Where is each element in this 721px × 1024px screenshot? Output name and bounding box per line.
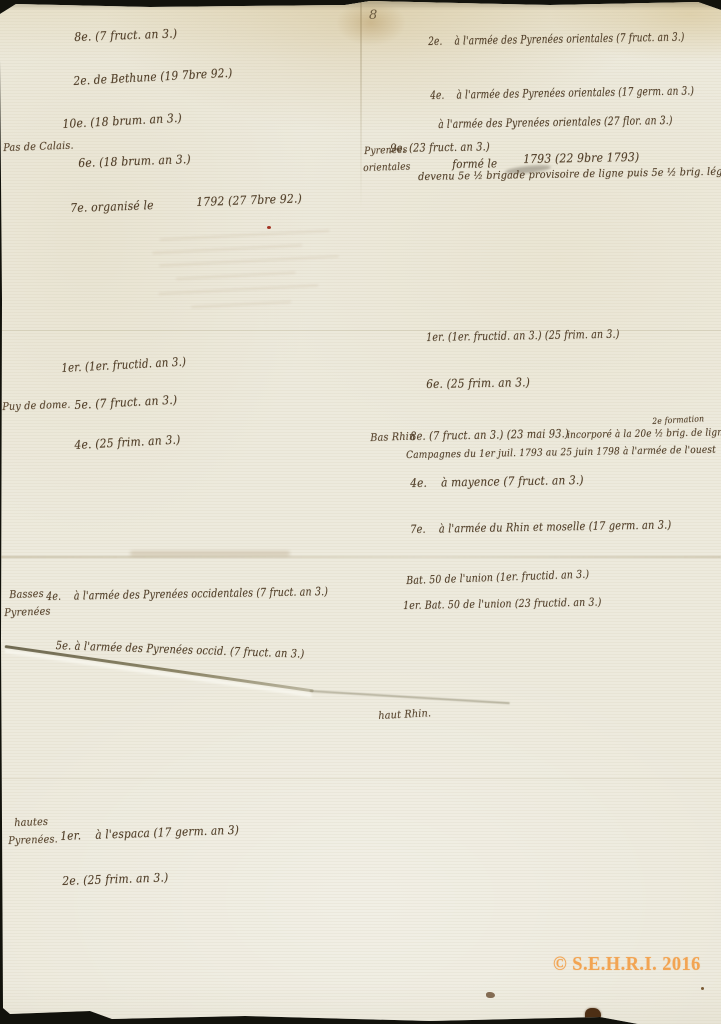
tiny-dot — [701, 987, 704, 990]
page-number: 8 — [369, 8, 377, 23]
manuscript-line: 4e. à l'armée des Pyrenées orientales (1… — [430, 83, 694, 102]
manuscript-line: 1792 (27 7bre 92.) — [196, 191, 302, 209]
margin-label-basses: Basses — [9, 588, 44, 601]
manuscript-line: 8e. (7 fruct. an 3.) (23 mai 93.) — [410, 426, 569, 443]
manuscript-line: Campagnes du 1er juil. 1793 au 25 juin 1… — [406, 445, 716, 461]
manuscript-line: 2e. de Bethune (19 7bre 92.) — [73, 66, 233, 88]
margin-label-pyrenees-orientales-1: Pyrenées — [364, 144, 408, 157]
horizontal-fold-crease-lower — [0, 778, 721, 779]
manuscript-line: 6e. (25 frim. an 3.) — [426, 375, 530, 391]
paper-sheet: 8 8e. (7 fruct. an 3.) 2e. de Bethune (1… — [0, 0, 721, 1024]
manuscript-line: 1er. Bat. 50 de l'union (23 fructid. an … — [403, 596, 602, 612]
manuscript-line: 10e. (18 brum. an 3.) — [62, 111, 182, 131]
horizontal-fold-crease-middle — [0, 556, 721, 558]
margin-label-pyrenees-2: Pyrenées. — [8, 833, 58, 847]
manuscript-line: 5e. à l'armée des Pyrenées occid. (7 fru… — [56, 638, 305, 661]
margin-label-haut-rhin: haut Rhin. — [378, 707, 431, 722]
manuscript-line: incorporé à la 20e ½ brig. de ligne le 2… — [567, 426, 721, 441]
manuscript-line: 1er. à l'espaca (17 germ. an 3) — [60, 823, 239, 843]
manuscript-line: 8e. (7 fruct. an 3.) — [74, 26, 177, 44]
torn-top-edge-shadow — [0, 0, 721, 10]
margin-label-bas-rhin: Bas Rhin — [370, 430, 416, 444]
manuscript-line: 4e. (25 frim. an 3.) — [74, 432, 181, 452]
ink-blob-bottom — [585, 1008, 601, 1023]
manuscript-line: 7e. organisé le — [70, 198, 154, 215]
manuscript-line: 5e. (7 fruct. an 3.) — [74, 393, 178, 412]
margin-label-pyrenees: Pyrenées — [4, 605, 51, 619]
margin-label-pyrenees-orientales-2: orientales — [363, 161, 411, 174]
manuscript-line: 1793 (22 9bre 1793) — [523, 150, 639, 166]
manuscript-line: 1er. (1er. fructid. an 3.) (25 frim. an … — [426, 327, 620, 344]
manuscript-line: 1er. (1er. fructid. an 3.) — [61, 354, 186, 375]
manuscript-line: 4e. à l'armée des Pyrenées occidentales … — [46, 584, 328, 603]
sehri-watermark: © S.E.H.R.I. 2016 — [553, 953, 701, 976]
manuscript-line: 6e. (18 brum. an 3.) — [78, 152, 191, 170]
manuscript-line: 2e. à l'armée des Pyrenées orientales (7… — [428, 30, 685, 48]
manuscript-line: à l'armée des Pyrenées orientales (27 fl… — [438, 113, 673, 131]
manuscript-line: 7e. à l'armée du Rhin et moselle (17 ger… — [410, 517, 671, 536]
small-speck — [486, 992, 495, 998]
crease-smudge — [130, 551, 290, 556]
margin-label-puy-de-dome: Puy de dome. — [2, 399, 71, 413]
annotation-2e-formation: 2e formation — [652, 414, 704, 427]
manuscript-line: 2e. (25 frim. an 3.) — [62, 870, 169, 888]
manuscript-line: Bat. 50 de l'union (1er. fructid. an 3.) — [406, 568, 589, 587]
ink-bleedthrough — [147, 223, 352, 338]
manuscript-line: 4e. à mayence (7 fruct. an 3.) — [410, 473, 584, 490]
vertical-fold-crease — [360, 0, 362, 210]
margin-label-pas-de-calais: Pas de Calais. — [3, 140, 74, 154]
margin-label-hautes: hautes — [14, 816, 48, 829]
scanned-manuscript-page: 8 8e. (7 fruct. an 3.) 2e. de Bethune (1… — [0, 0, 721, 1024]
tear-line-faint — [310, 690, 510, 704]
